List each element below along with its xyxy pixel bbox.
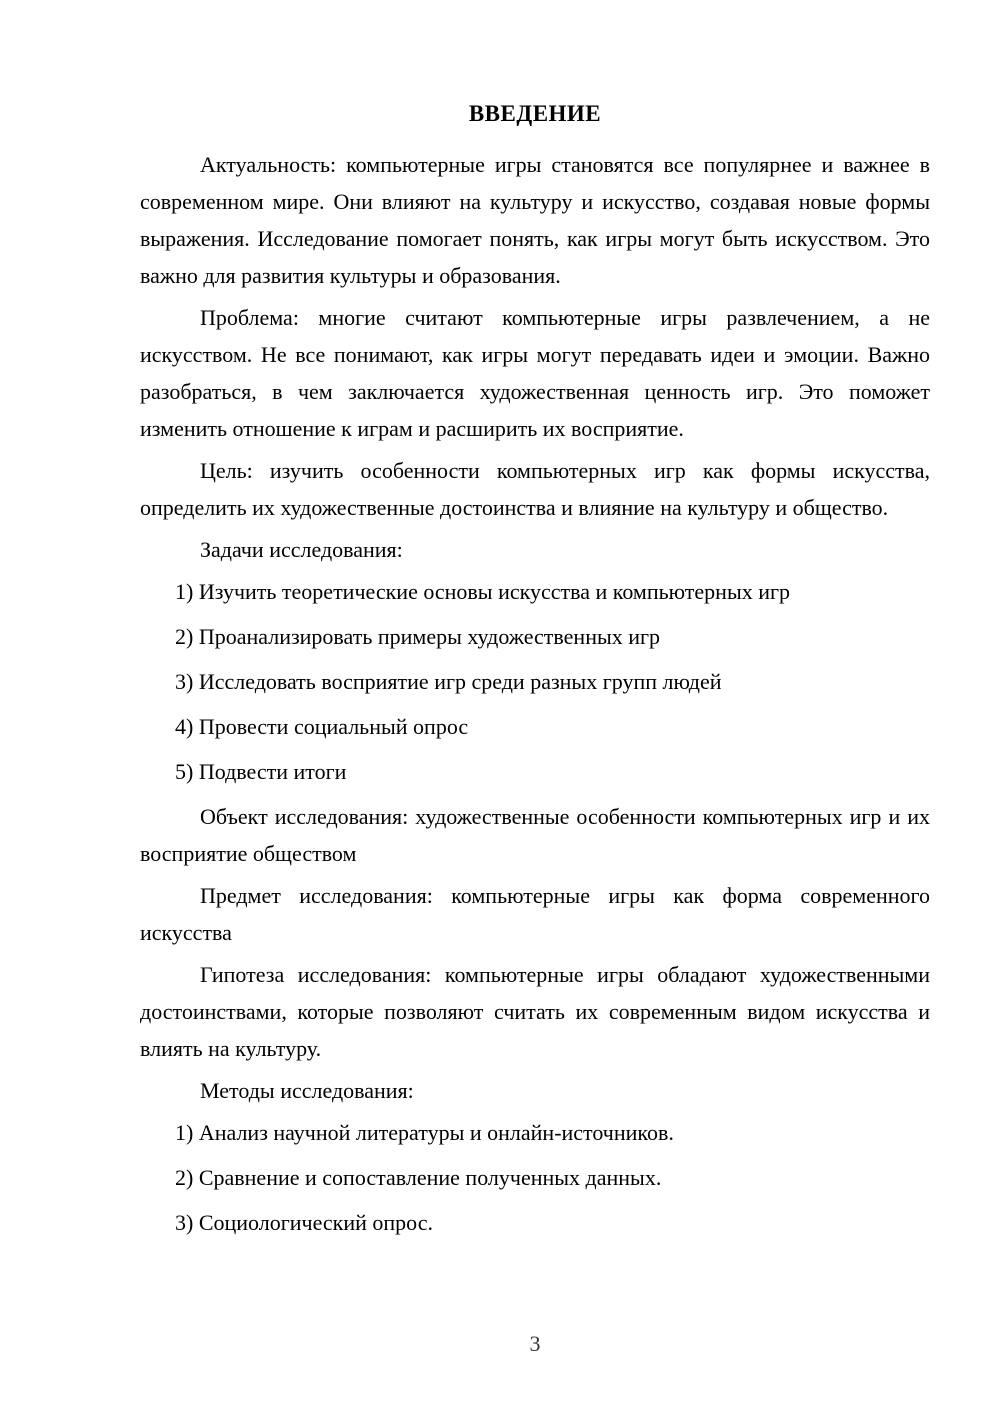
document-page: ВВЕДЕНИЕ Актуальность: компьютерные игры… xyxy=(0,0,1000,1414)
task-item-3: 3) Исследовать восприятие игр среди разн… xyxy=(140,663,930,700)
document-content: ВВЕДЕНИЕ Актуальность: компьютерные игры… xyxy=(140,95,930,1249)
paragraph-problem: Проблема: многие считают компьютерные иг… xyxy=(140,299,930,447)
tasks-heading: Задачи исследования: xyxy=(140,531,930,568)
tasks-list: 1) Изучить теоретические основы искусств… xyxy=(140,573,930,790)
task-item-5: 5) Подвести итоги xyxy=(140,753,930,790)
task-item-1: 1) Изучить теоретические основы искусств… xyxy=(140,573,930,610)
method-item-3: 3) Социологический опрос. xyxy=(140,1204,930,1241)
page-number: 3 xyxy=(140,1331,930,1357)
task-item-4: 4) Провести социальный опрос xyxy=(140,708,930,745)
paragraph-goal: Цель: изучить особенности компьютерных и… xyxy=(140,452,930,526)
method-item-2: 2) Сравнение и сопоставление полученных … xyxy=(140,1159,930,1196)
page-title: ВВЕДЕНИЕ xyxy=(140,95,930,132)
methods-list: 1) Анализ научной литературы и онлайн-ис… xyxy=(140,1114,930,1241)
method-item-1: 1) Анализ научной литературы и онлайн-ис… xyxy=(140,1114,930,1151)
paragraph-object: Объект исследования: художественные особ… xyxy=(140,798,930,872)
methods-heading: Методы исследования: xyxy=(140,1072,930,1109)
task-item-2: 2) Проанализировать примеры художественн… xyxy=(140,618,930,655)
paragraph-subject: Предмет исследования: компьютерные игры … xyxy=(140,877,930,951)
paragraph-hypothesis: Гипотеза исследования: компьютерные игры… xyxy=(140,956,930,1067)
paragraph-relevance: Актуальность: компьютерные игры становят… xyxy=(140,146,930,294)
